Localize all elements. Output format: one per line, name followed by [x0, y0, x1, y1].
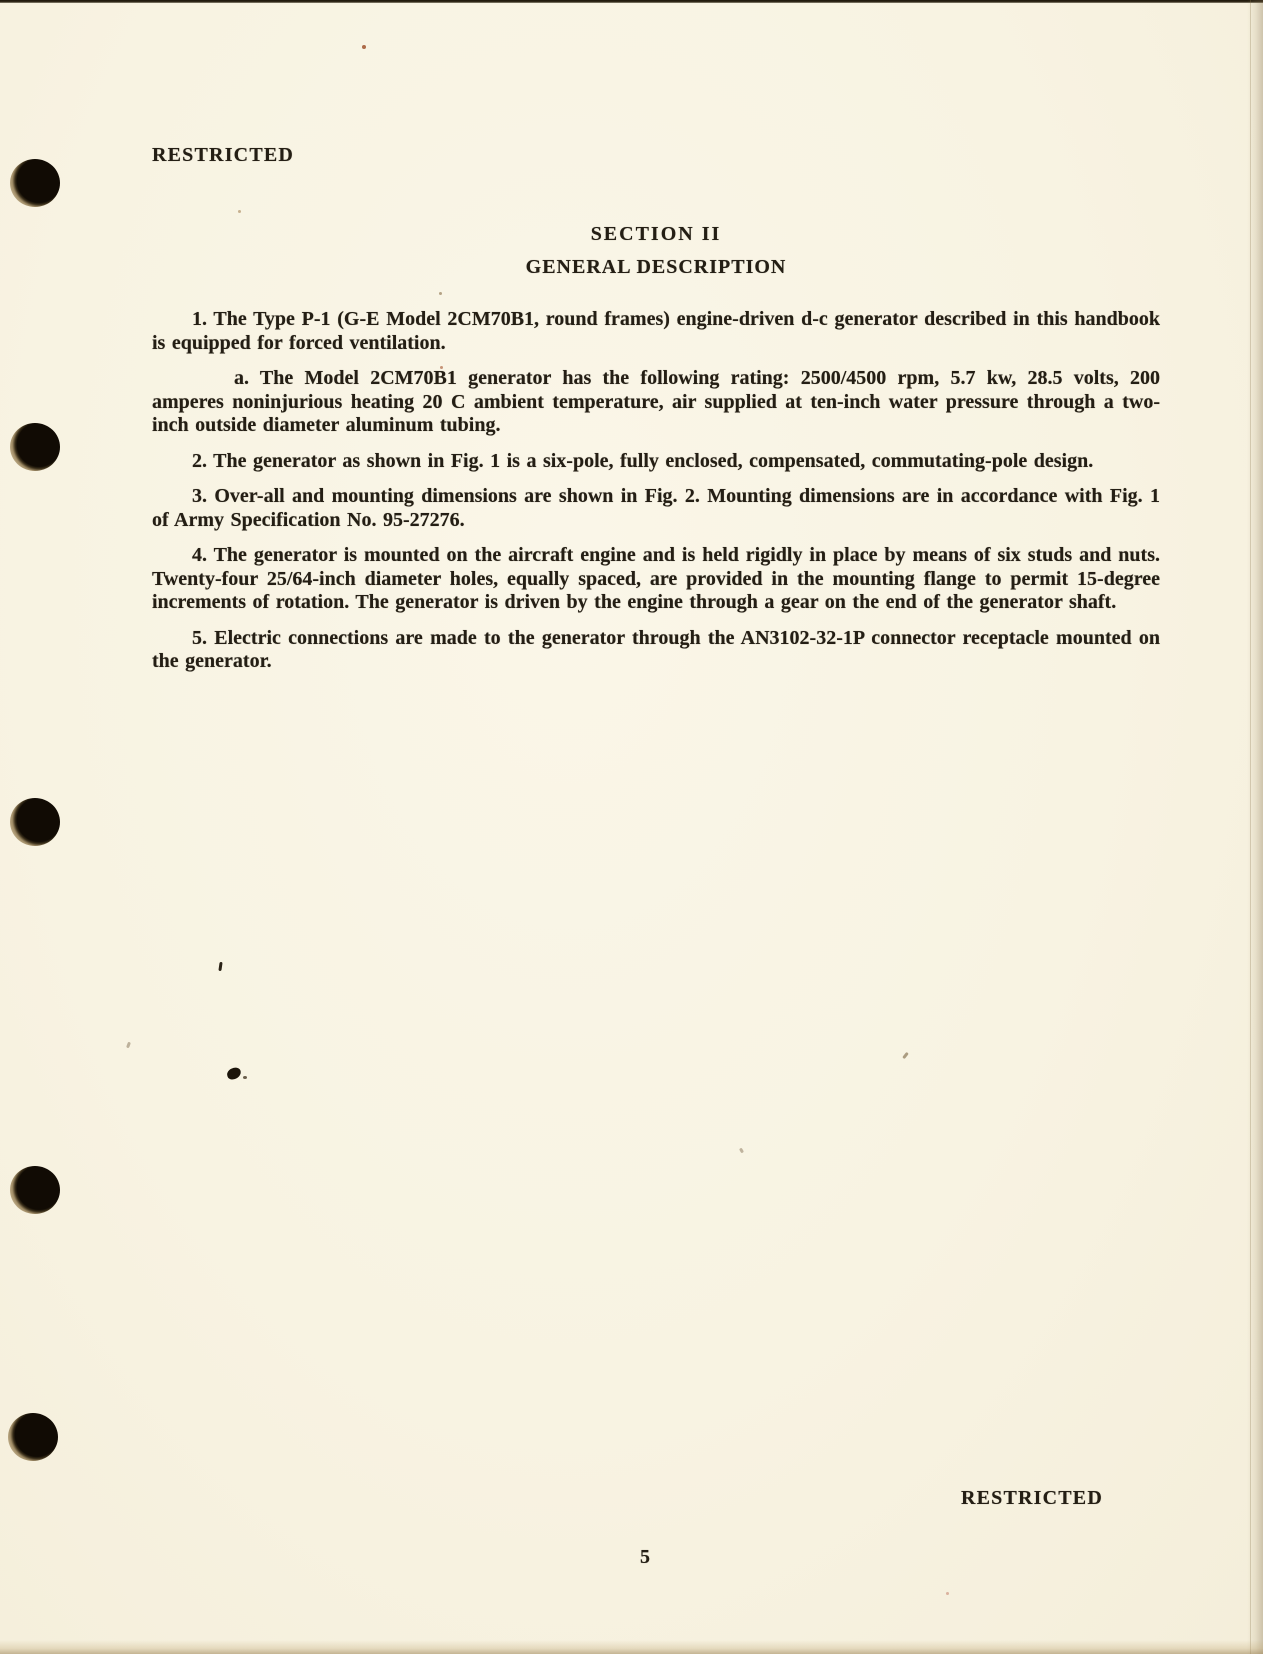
body-text: 1. The Type P-1 (G-E Model 2CM70B1, roun…	[152, 308, 1160, 686]
foxing-speck	[440, 366, 443, 369]
foxing-speck	[946, 1592, 949, 1595]
paragraph-5: 5. Electric connections are made to the …	[152, 627, 1160, 674]
punch-hole	[10, 423, 60, 471]
punch-hole	[10, 798, 60, 846]
ink-speck	[902, 1052, 909, 1059]
ink-speck	[218, 962, 222, 971]
classification-marking-bottom: RESTRICTED	[961, 1486, 1103, 1510]
scan-edge-bottom	[0, 1640, 1263, 1654]
ink-speck	[226, 1066, 242, 1080]
scan-edge-right-line	[1250, 0, 1251, 1654]
classification-marking-top: RESTRICTED	[152, 143, 294, 167]
foxing-speck	[362, 45, 366, 49]
punch-hole	[8, 1413, 58, 1461]
paragraph-1a: a. The Model 2CM70B1 generator has the f…	[152, 367, 1160, 438]
page-number: 5	[640, 1545, 650, 1569]
paragraph-1: 1. The Type P-1 (G-E Model 2CM70B1, roun…	[152, 308, 1160, 355]
foxing-speck	[439, 292, 442, 295]
foxing-speck	[238, 210, 241, 213]
foxing-speck	[739, 1148, 744, 1154]
section-title: SECTION II	[152, 222, 1160, 246]
scan-edge-top	[0, 0, 1263, 3]
punch-hole	[10, 159, 60, 207]
section-heading: SECTION II GENERAL DESCRIPTION	[152, 222, 1160, 279]
paragraph-2: 2. The generator as shown in Fig. 1 is a…	[152, 450, 1160, 474]
scanned-document-page: RESTRICTED SECTION II GENERAL DESCRIPTIO…	[0, 0, 1263, 1654]
section-subtitle: GENERAL DESCRIPTION	[152, 255, 1160, 279]
paragraph-3: 3. Over-all and mounting dimensions are …	[152, 485, 1160, 532]
paragraph-4: 4. The generator is mounted on the aircr…	[152, 544, 1160, 615]
ink-speck	[126, 1042, 131, 1049]
ink-speck	[243, 1076, 247, 1079]
punch-hole	[10, 1166, 60, 1214]
